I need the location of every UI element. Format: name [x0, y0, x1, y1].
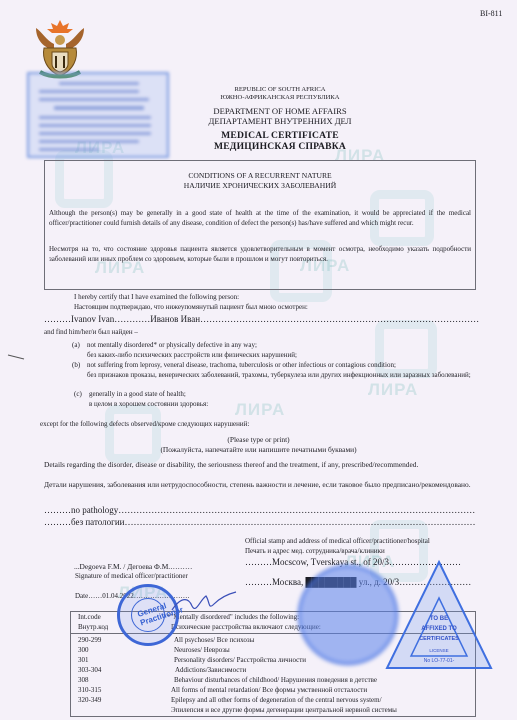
svg-text:LICENSE: LICENSE: [429, 648, 448, 653]
code-cell: 308: [78, 676, 89, 685]
country-en: REPUBLIC OF SOUTH AFRICA: [150, 86, 410, 94]
patient-name-ru: Иванов Иван: [150, 314, 200, 324]
recurrent-paragraph-ru: Несмотря на то, что состояние здоровья п…: [49, 244, 471, 264]
title-ru: МЕДИЦИНСКАЯ СПРАВКА: [150, 141, 410, 152]
patient-name-line: ………Ivanov Ivan…………Иванов Иван………………………………: [44, 314, 480, 325]
header: REPUBLIC OF SOUTH AFRICA ЮЖНО-АФРИКАНСКА…: [150, 86, 410, 152]
description-cell: All forms of mental retardation/ Все фор…: [171, 686, 367, 695]
license-triangle-stamp: TO BE AFFIXED TO CERTIFICATES LICENSE No…: [383, 558, 495, 670]
date-label: Date: [75, 592, 88, 600]
watermark-text: ЛИРА: [368, 380, 418, 400]
findings-ru-line: ………без патологии…………………………………………………………………: [44, 517, 476, 528]
code-cell: 303-304: [78, 666, 101, 675]
svg-text:AFFIXED TO: AFFIXED TO: [421, 626, 457, 632]
title-en: MEDICAL CERTIFICATE: [150, 130, 410, 141]
condition-a-en: not mentally disordered* or physically d…: [87, 341, 477, 350]
svg-text:TO BE: TO BE: [430, 616, 448, 622]
description-cell: Epilepsy and all other forms of degenera…: [171, 696, 382, 705]
patient-name-en: Ivanov Ivan: [71, 314, 114, 324]
code-cell: 320-349: [78, 696, 101, 705]
department-ru: ДЕПАРТАМЕНТ ВНУТРЕННИХ ДЕЛ: [150, 116, 410, 126]
description-cell: Behaviour disturbances of childhood/ Нар…: [174, 676, 377, 685]
code-cell: 310-315: [78, 686, 101, 695]
coat-of-arms-icon: [32, 18, 88, 80]
header-code-en: Int.code: [78, 613, 101, 622]
findings-ru: без патологии: [71, 517, 124, 527]
condition-a-ru: без каких-либо психических расстройств и…: [87, 351, 477, 360]
description-cell: Эпилепсия и все другие формы дегенерации…: [171, 706, 397, 715]
details-ru: Детали нарушения, заболевания или нетруд…: [44, 480, 478, 490]
svg-text:CERTIFICATES: CERTIFICATES: [419, 636, 459, 642]
condition-c-en: generally in a good state of health;: [89, 390, 186, 399]
description-cell: All psychoses/ Все психозы: [174, 636, 254, 645]
recurrent-conditions-box: CONDITIONS OF A RECURRENT NATURE НАЛИЧИЕ…: [44, 160, 476, 290]
code-cell: 300: [78, 646, 89, 655]
certify-en: I hereby certify that I have examined th…: [74, 293, 239, 302]
stamp-label-en: Official stamp and address of medical of…: [245, 537, 430, 546]
company-stamp-blurred: [27, 72, 169, 158]
description-cell: Neuroses/ Неврозы: [174, 646, 230, 655]
svg-text:No LO-77-01-: No LO-77-01-: [424, 658, 455, 664]
recurrent-title: CONDITIONS OF A RECURRENT NATURE НАЛИЧИЕ…: [45, 171, 475, 190]
watermark-text: ЛИРА: [235, 400, 285, 420]
condition-a-marker: (a): [72, 341, 80, 350]
findings-en: no pathology: [71, 505, 118, 515]
department-en: DEPARTMENT OF HOME AFFAIRS: [150, 106, 410, 116]
recurrent-paragraph-en: Although the person(s) may be generally …: [49, 208, 471, 228]
header-code-ru: Внутр.код: [78, 623, 108, 632]
pen-mark: [6, 353, 26, 361]
signature-scribble: [170, 588, 240, 618]
findings-en-line: ………no pathology……………………………………………………………………: [44, 505, 476, 516]
condition-b-marker: (b): [72, 361, 80, 370]
details-en: Details regarding the disorder, disease …: [44, 460, 478, 470]
recurrent-title-en: CONDITIONS OF A RECURRENT NATURE: [45, 171, 475, 181]
condition-c-ru: в целом в хорошем состоянии здоровья:: [89, 400, 208, 409]
practitioner-name: Degoeva F.M. / Дегоева Ф.М.: [80, 562, 171, 571]
description-cell: Addictions/Зависимости: [175, 666, 246, 675]
stamp-label-ru: Печать и адрес мед. сотрудника/врача/кли…: [245, 547, 385, 556]
code-cell: 290-299: [78, 636, 101, 645]
signature-label: Signature of medical officer/practitione…: [75, 572, 188, 581]
description-cell: Personality disorders/ Расстройства личн…: [174, 656, 306, 665]
practitioner-line: ...Degoeva F.M. / Дегоева Ф.М.………: [74, 562, 192, 572]
condition-c-marker: (c): [74, 390, 82, 399]
print-note-en: (Please type or print): [0, 435, 517, 445]
country-ru: ЮЖНО-АФРИКАНСКАЯ РЕСПУБЛИКА: [150, 94, 410, 102]
recurrent-title-ru: НАЛИЧИЕ ХРОНИЧЕСКИХ ЗАБОЛЕВАНИЙ: [45, 181, 475, 191]
form-number: BI-811: [480, 9, 502, 18]
find-line: and find him/her/и был найден –: [44, 328, 138, 337]
condition-b-en: not suffering from leprosy, veneral dise…: [87, 361, 482, 370]
print-note-ru: (Пожалуйста, напечатайте или напишите пе…: [0, 445, 517, 455]
except-line: except for the following defects observe…: [40, 420, 249, 429]
code-cell: 301: [78, 656, 89, 665]
medical-certificate-page: ЛИРА ЛИРА ЛИРА ЛИРА ЛИРА ЛИРА ЛИРА ЛИРА …: [0, 0, 517, 720]
address-en: Mocscow, Tverskaya st., of 20/3: [272, 557, 389, 567]
certify-ru: Настоящим подтверждаю, что нижеупомянуты…: [74, 303, 308, 312]
condition-b-ru: без признаков проказы, венерических забо…: [87, 371, 480, 380]
